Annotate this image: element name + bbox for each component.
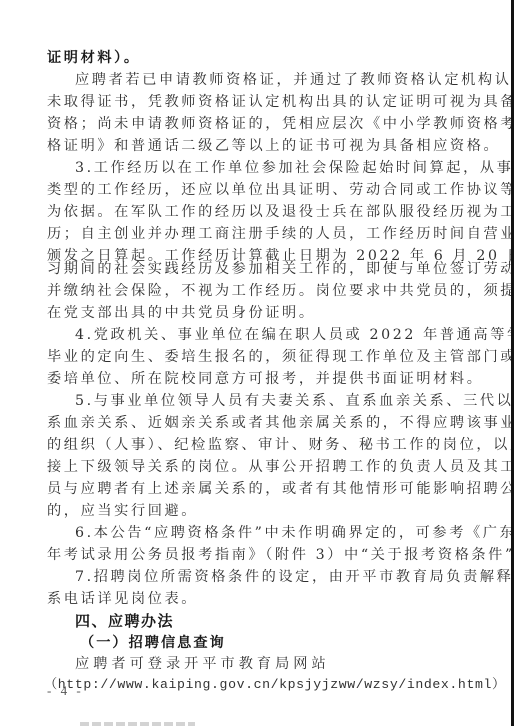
text-line: 格证明》和普通话二级乙等以上的证书可视为具备相应资格。 xyxy=(47,135,467,157)
page-number: - 4 - xyxy=(47,683,84,699)
text-line: 系血亲关系、近姻亲关系或者其他亲属关系的，不得应聘该事业单位 xyxy=(47,412,467,434)
cutoff-text-next-page xyxy=(80,722,195,726)
text-line: 毕业的定向生、委培生报名的，须征得现工作单位及主管部门或定向、 xyxy=(47,346,467,368)
text-line: 应聘者若已申请教师资格证，并通过了教师资格认定机构认定但 xyxy=(75,69,495,91)
text-line: 历；自主创业并办理工商注册手续的人员，工作经历时间自营业执照 xyxy=(47,223,467,245)
text-line: 的，应当实行回避。 xyxy=(47,500,467,522)
website-url-link[interactable]: （http://www.kaiping.gov.cn/kpsjyjzww/wzs… xyxy=(44,674,506,696)
text-line: 并缴纳社会保险，不视为工作经历。岗位要求中共党员的，须提供所 xyxy=(47,280,467,302)
text-line: 资格；尚未申请教师资格证的，凭相应层次《中小学教师资格考试合 xyxy=(47,113,467,135)
text-line: 系电话详见岗位表。 xyxy=(47,588,467,610)
text-line: 未取得证书，凭教师资格证认定机构出具的认定证明可视为具备相应 xyxy=(47,91,467,113)
section-heading: 四、应聘办法 xyxy=(75,610,495,632)
paragraph-7-start: 7.招聘岗位所需资格条件的设定，由开平市教育局负责解释，联 xyxy=(75,566,495,588)
subsection-heading: （一）招聘信息查询 xyxy=(80,632,500,654)
text-line: 类型的工作经历，还应以单位出具证明、劳动合同或工作协议等材料 xyxy=(47,179,467,201)
text-line: 接上下级领导关系的岗位。从事公开招聘工作的负责人员及其工作人 xyxy=(47,456,467,478)
text-line: 员与应聘者有上述亲属关系的，或者有其他情形可能影响招聘公正性 xyxy=(47,478,467,500)
text-line: 习期间的社会实践经历及参加相关工作的，即使与单位签订劳动合同 xyxy=(47,258,467,280)
info-line: 应聘者可登录开平市教育局网站 xyxy=(75,653,495,675)
paragraph-3-start: 3.工作经历以在工作单位参加社会保险起始时间算起，从事指定 xyxy=(75,157,495,179)
paragraph-6-start: 6.本公告“应聘资格条件”中未作明确界定的，可参考《广东省 2022 xyxy=(75,522,495,544)
text-line: 证明材料）。 xyxy=(47,47,467,69)
text-line: 的组织（人事）、纪检监察、审计、财务、秘书工作的岗位，以及有直 xyxy=(47,434,467,456)
text-line: 年考试录用公务员报考指南》（附件 3）中“关于报考资格条件”的解释。 xyxy=(47,544,467,566)
paragraph-5-start: 5.与事业单位领导人员有夫妻关系、直系血亲关系、三代以内旁 xyxy=(75,390,495,412)
text-line: 在党支部出具的中共党员身份证明。 xyxy=(47,302,467,324)
text-line: 委培单位、所在院校同意方可报考，并提供书面证明材料。 xyxy=(47,368,467,390)
paragraph-4-start: 4.党政机关、事业单位在编在职人员或 2022 年普通高等学校应届 xyxy=(75,324,495,346)
text-line: 为依据。在军队工作的经历以及退役士兵在部队服役经历视为工作经 xyxy=(47,201,467,223)
document-page: 证明材料）。 应聘者若已申请教师资格证，并通过了教师资格认定机构认定但 未取得证… xyxy=(0,0,511,726)
